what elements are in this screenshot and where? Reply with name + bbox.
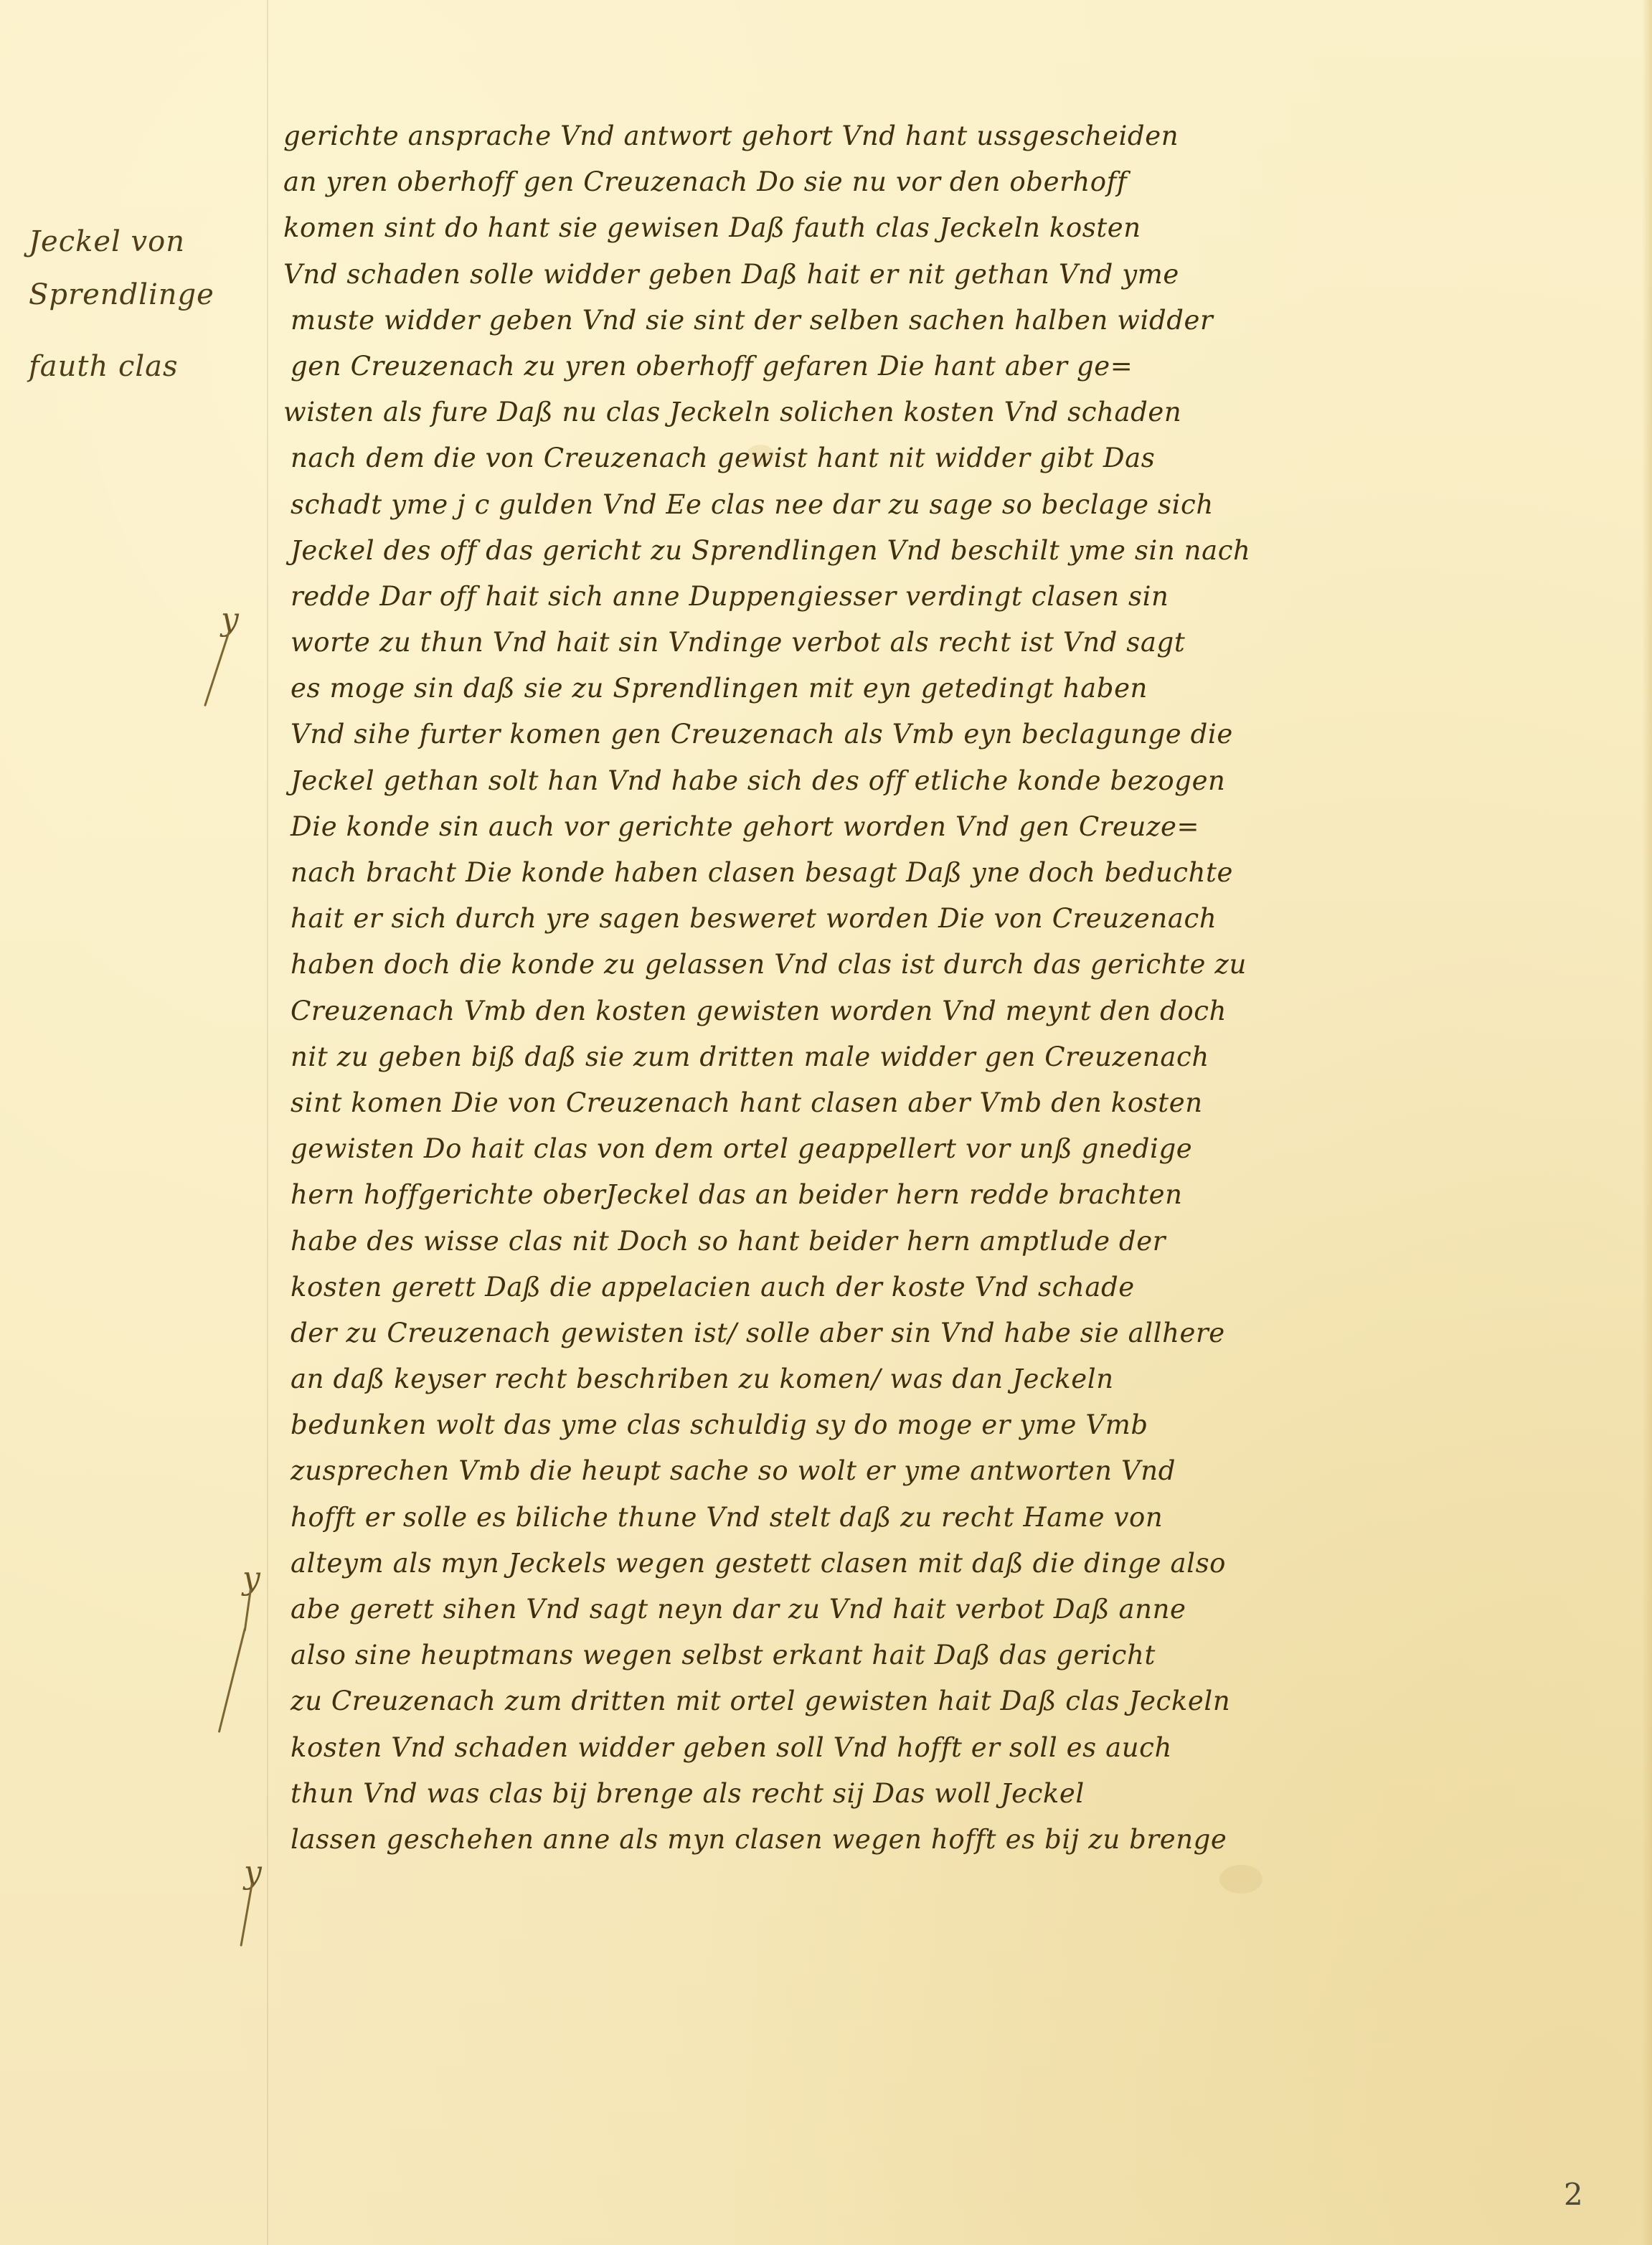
margin-stroke xyxy=(218,1628,246,1733)
paper-stain xyxy=(1219,1865,1262,1894)
text-line: redde Dar off hait sich anne Duppengiess… xyxy=(283,574,1632,620)
margin-stroke xyxy=(240,1883,253,1947)
text-line: hern hoffgerichte oberJeckel das an beid… xyxy=(283,1172,1632,1218)
text-line: kosten gerett Daß die appelacien auch de… xyxy=(283,1265,1632,1310)
manuscript-page: Jeckel von Sprendlinge fauth clas y y y … xyxy=(0,0,1652,2245)
text-line: thun Vnd was clas bij brenge als recht s… xyxy=(283,1771,1632,1817)
text-line: muste widder geben Vnd sie sint der selb… xyxy=(283,298,1632,344)
text-line: hait er sich durch yre sagen besweret wo… xyxy=(283,896,1632,942)
text-line: also sine heuptmans wegen selbst erkant … xyxy=(283,1632,1632,1678)
text-line: habe des wisse clas nit Doch so hant bei… xyxy=(283,1219,1632,1265)
text-line: Jeckel gethan solt han Vnd habe sich des… xyxy=(283,758,1632,804)
text-line: sint komen Die von Creuzenach hant clase… xyxy=(283,1080,1632,1126)
text-line: gerichte ansprache Vnd antwort gehort Vn… xyxy=(283,113,1632,159)
text-line: zusprechen Vmb die heupt sache so wolt e… xyxy=(283,1448,1632,1494)
text-line: hofft er solle es biliche thune Vnd stel… xyxy=(283,1495,1632,1541)
text-line: haben doch die konde zu gelassen Vnd cla… xyxy=(283,942,1632,988)
page-edge-shadow xyxy=(1642,0,1652,2245)
text-line: schadt yme j c gulden Vnd Ee clas nee da… xyxy=(283,482,1632,528)
text-line: Die konde sin auch vor gerichte gehort w… xyxy=(283,804,1632,850)
text-line: zu Creuzenach zum dritten mit ortel gewi… xyxy=(283,1678,1632,1724)
text-line: kosten Vnd schaden widder geben soll Vnd… xyxy=(283,1725,1632,1771)
margin-note-place: Sprendlinge xyxy=(29,268,258,321)
text-line: Creuzenach Vmb den kosten gewisten worde… xyxy=(283,988,1632,1034)
margin-note-name: Jeckel von xyxy=(29,215,258,268)
text-line: alteym als myn Jeckels wegen gestett cla… xyxy=(283,1541,1632,1587)
text-line: komen sint do hant sie gewisen Daß fauth… xyxy=(283,205,1632,251)
text-line: gewisten Do hait clas von dem ortel geap… xyxy=(283,1126,1632,1172)
text-line: lassen geschehen anne als myn clasen weg… xyxy=(283,1817,1632,1863)
text-line: abe gerett sihen Vnd sagt neyn dar zu Vn… xyxy=(283,1587,1632,1632)
margin-notes: Jeckel von Sprendlinge fauth clas xyxy=(29,215,258,393)
text-line: nit zu geben biß daß sie zum dritten mal… xyxy=(283,1034,1632,1080)
text-line: bedunken wolt das yme clas schuldig sy d… xyxy=(283,1402,1632,1448)
text-line: es moge sin daß sie zu Sprendlingen mit … xyxy=(283,666,1632,712)
text-line: Jeckel des off das gericht zu Sprendling… xyxy=(283,528,1632,574)
page-number: 2 xyxy=(1564,2177,1583,2212)
text-line: gen Creuzenach zu yren oberhoff gefaren … xyxy=(283,344,1632,389)
text-line: an yren oberhoff gen Creuzenach Do sie n… xyxy=(283,159,1632,205)
text-line: Vnd schaden solle widder geben Daß hait … xyxy=(283,252,1632,298)
text-line: nach dem die von Creuzenach gewist hant … xyxy=(283,435,1632,481)
text-line: an daß keyser recht beschriben zu komen/… xyxy=(283,1356,1632,1402)
manuscript-body-text: gerichte ansprache Vnd antwort gehort Vn… xyxy=(283,113,1632,1863)
text-line: worte zu thun Vnd hait sin Vndinge verbo… xyxy=(283,620,1632,666)
text-line: Vnd sihe furter komen gen Creuzenach als… xyxy=(283,712,1632,757)
margin-note-opponent: fauth clas xyxy=(29,340,258,393)
margin-stroke xyxy=(204,631,230,707)
text-line: wisten als fure Daß nu clas Jeckeln soli… xyxy=(283,389,1632,435)
margin-ruling-line xyxy=(267,0,268,2245)
text-line: nach bracht Die konde haben clasen besag… xyxy=(283,850,1632,896)
text-line: der zu Creuzenach gewisten ist/ solle ab… xyxy=(283,1310,1632,1356)
